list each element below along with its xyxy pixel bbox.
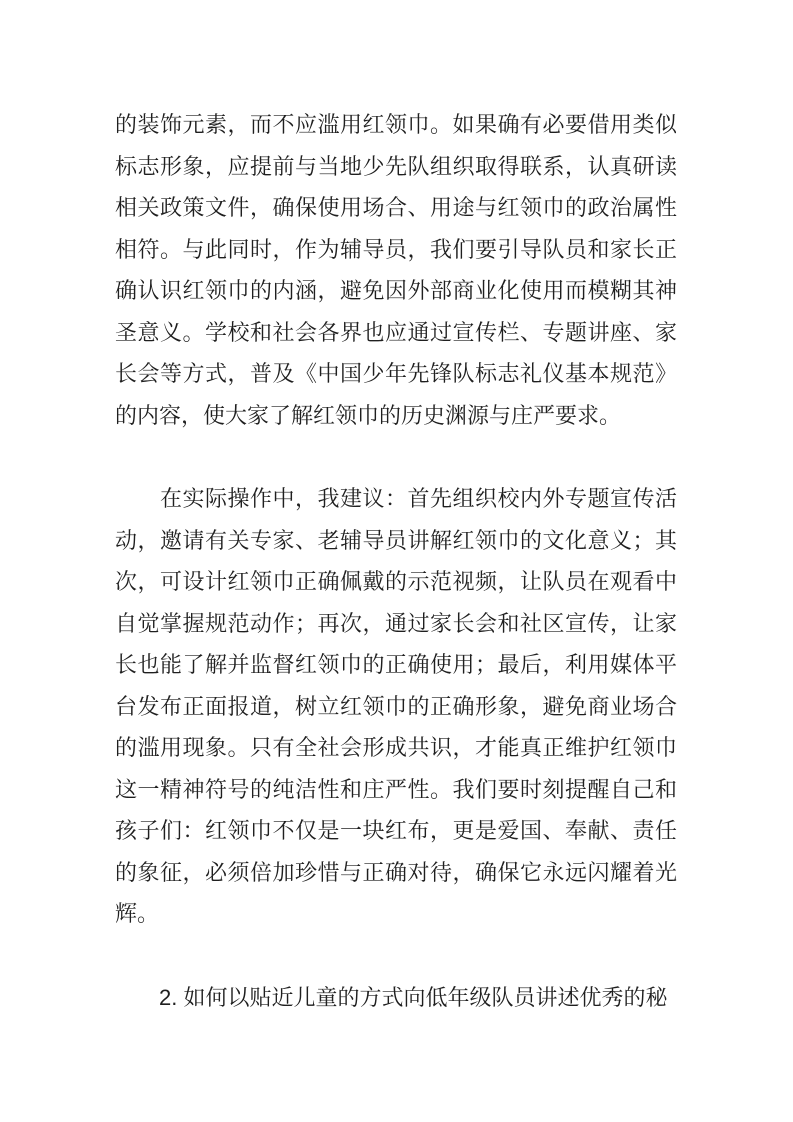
text-line: 的象征，必须倍加珍惜与正确对待，确保它永远闪耀着光 bbox=[115, 852, 677, 894]
text-line: 相关政策文件，确保使用场合、用途与红领巾的政治属性 bbox=[115, 187, 677, 229]
text-line: 次，可设计红领巾正确佩戴的示范视频，让队员在观看中 bbox=[115, 561, 677, 603]
text-line: 相符。与此同时，作为辅导员，我们要引导队员和家长正 bbox=[115, 229, 677, 271]
text-line: 辉。 bbox=[115, 893, 677, 935]
document-page: 的装饰元素，而不应滥用红领巾。如果确有必要借用类似标志形象，应提前与当地少先队组… bbox=[0, 0, 793, 1122]
text-line: 在实际操作中，我建议：首先组织校内外专题宣传活 bbox=[115, 478, 677, 520]
text-line: 孩子们：红领巾不仅是一块红布，更是爱国、奉献、责任 bbox=[115, 810, 677, 852]
text-line: 标志形象，应提前与当地少先队组织取得联系，认真研读 bbox=[115, 146, 677, 188]
document-body: 的装饰元素，而不应滥用红领巾。如果确有必要借用类似标志形象，应提前与当地少先队组… bbox=[115, 104, 677, 1018]
text-line: 确认识红领巾的内涵，避免因外部商业化使用而模糊其神 bbox=[115, 270, 677, 312]
paragraph-practical-suggestions: 在实际操作中，我建议：首先组织校内外专题宣传活动，邀请有关专家、老辅导员讲解红领… bbox=[115, 478, 677, 935]
text-line: 自觉掌握规范动作；再次，通过家长会和社区宣传，让家 bbox=[115, 603, 677, 645]
text-line: 这一精神符号的纯洁性和庄严性。我们要时刻提醒自己和 bbox=[115, 769, 677, 811]
text-line: 台发布正面报道，树立红领巾的正确形象，避免商业场合 bbox=[115, 686, 677, 728]
text-line: 2. 如何以贴近儿童的方式向低年级队员讲述优秀的秘 bbox=[115, 977, 677, 1019]
paragraph-question-2: 2. 如何以贴近儿童的方式向低年级队员讲述优秀的秘 bbox=[115, 977, 677, 1019]
text-line: 动，邀请有关专家、老辅导员讲解红领巾的文化意义；其 bbox=[115, 520, 677, 562]
text-line: 长会等方式，普及《中国少年先锋队标志礼仪基本规范》 bbox=[115, 353, 677, 395]
text-line: 的装饰元素，而不应滥用红领巾。如果确有必要借用类似 bbox=[115, 104, 677, 146]
paragraph-red-scarf-policy: 的装饰元素，而不应滥用红领巾。如果确有必要借用类似标志形象，应提前与当地少先队组… bbox=[115, 104, 677, 436]
text-line: 的滥用现象。只有全社会形成共识，才能真正维护红领巾 bbox=[115, 727, 677, 769]
text-line: 长也能了解并监督红领巾的正确使用；最后，利用媒体平 bbox=[115, 644, 677, 686]
text-line: 圣意义。学校和社会各界也应通过宣传栏、专题讲座、家 bbox=[115, 312, 677, 354]
text-line: 的内容，使大家了解红领巾的历史渊源与庄严要求。 bbox=[115, 395, 677, 437]
